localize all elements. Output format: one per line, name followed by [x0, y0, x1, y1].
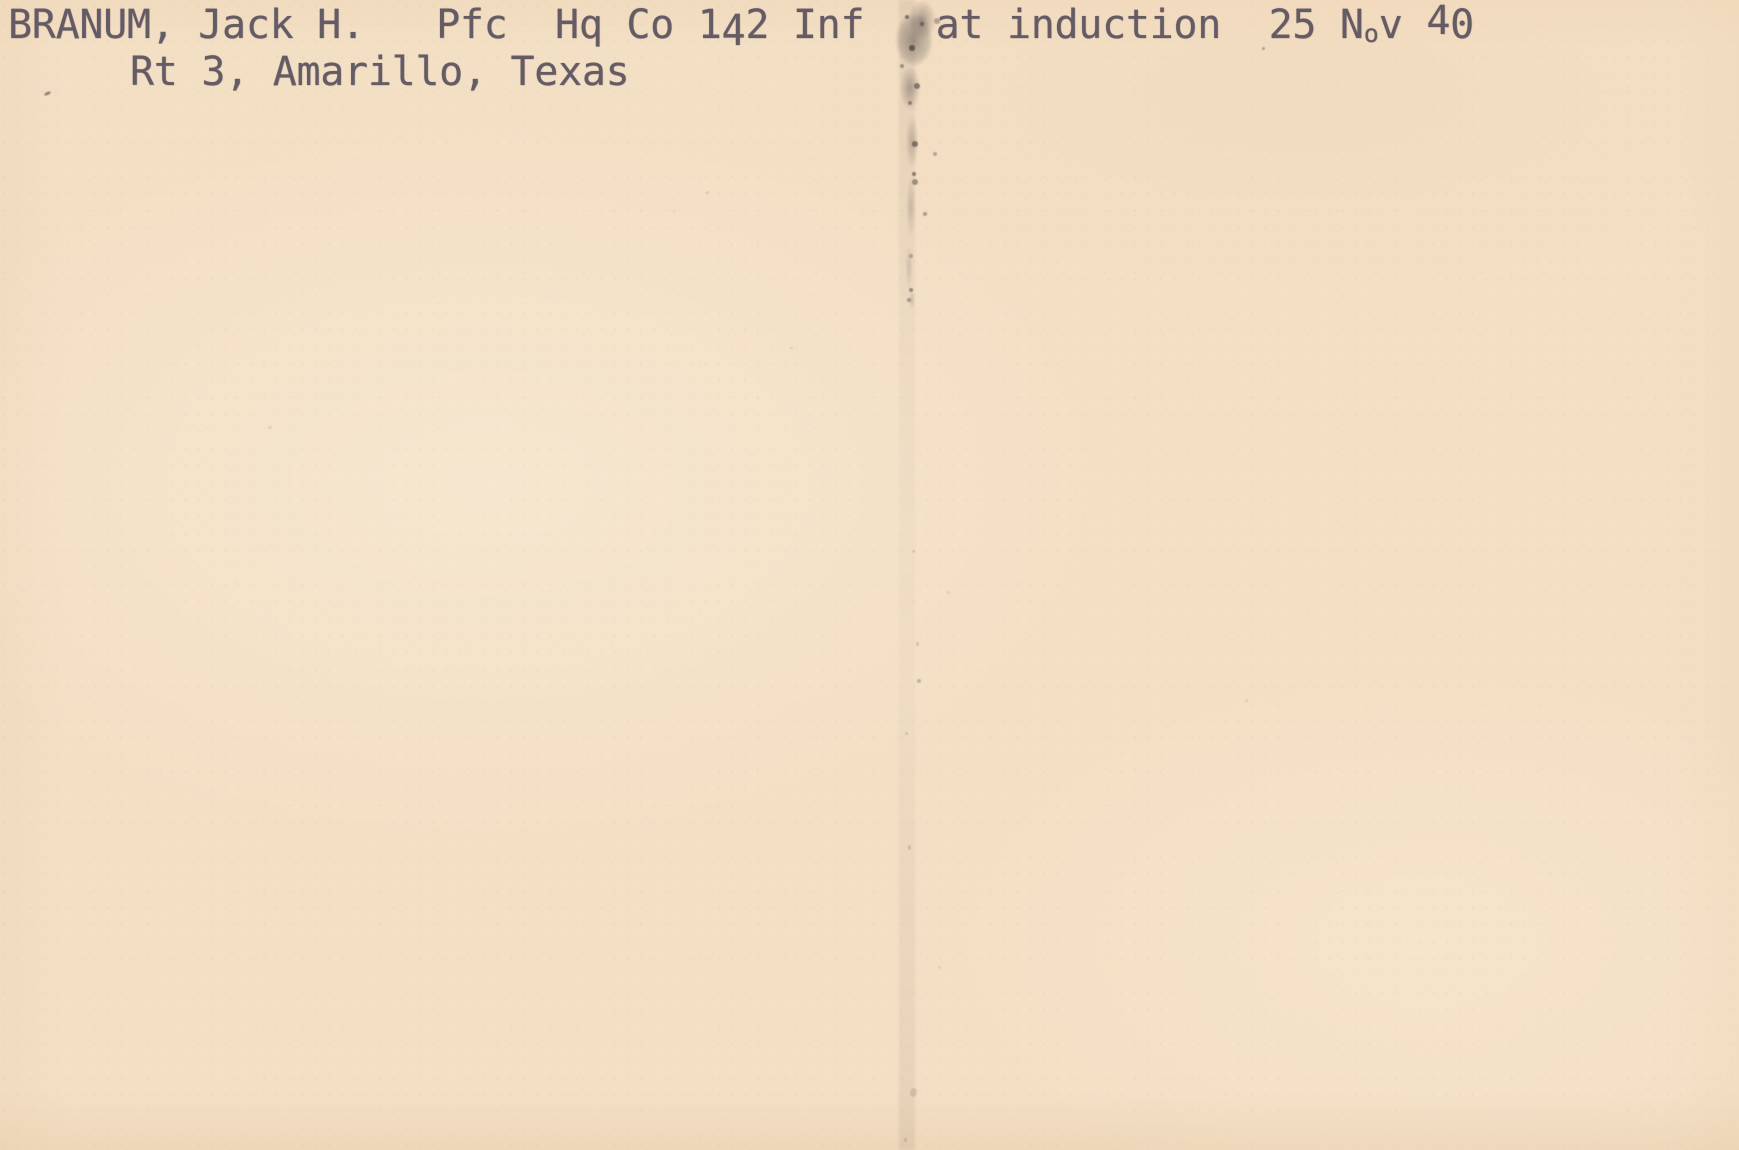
- typed-segment: BRANUM, Jack H.: [8, 2, 365, 48]
- typed-segment: [365, 2, 436, 48]
- typed-segment: 4: [722, 6, 746, 57]
- paper-speck: [938, 966, 941, 969]
- typed-segment: 2 Inf: [745, 2, 864, 48]
- typed-segment: 25 N: [1269, 2, 1364, 48]
- typed-segment: v: [1379, 2, 1427, 48]
- paper-speck: [706, 191, 709, 194]
- typed-segment: [864, 2, 935, 48]
- fold-crease: [899, 0, 915, 1150]
- paper-grain-texture: [0, 0, 1739, 1150]
- paper-speck: [912, 550, 915, 553]
- paper-speck: [268, 426, 272, 429]
- paper-speck: [947, 591, 950, 594]
- typed-segment: [1221, 2, 1269, 48]
- paper-speck: [917, 679, 921, 683]
- paper-speck: [904, 1138, 907, 1142]
- typed-segment: Hq Co 1: [555, 2, 721, 48]
- paper-speck: [909, 1087, 918, 1098]
- paper-speck: [44, 91, 52, 97]
- paper-speck: [790, 347, 793, 349]
- paper-speck: [905, 732, 908, 735]
- scanned-card: BRANUM, Jack H. Pfc Hq Co 142 Inf at ind…: [0, 0, 1739, 1150]
- paper-speck: [1245, 699, 1248, 702]
- paper-speck: [916, 642, 919, 646]
- typed-segment: at induction: [936, 2, 1221, 48]
- paper-speck: [908, 845, 911, 850]
- typed-segment: 0: [1450, 2, 1474, 48]
- typed-segment: o: [1364, 19, 1379, 48]
- paper-speck: [673, 210, 676, 212]
- typed-segment: 4: [1426, 0, 1450, 45]
- typed-line-address: Rt 3, Amarillo, Texas: [130, 48, 629, 96]
- typed-segment: Pfc: [436, 2, 507, 48]
- typed-segment: [507, 2, 555, 48]
